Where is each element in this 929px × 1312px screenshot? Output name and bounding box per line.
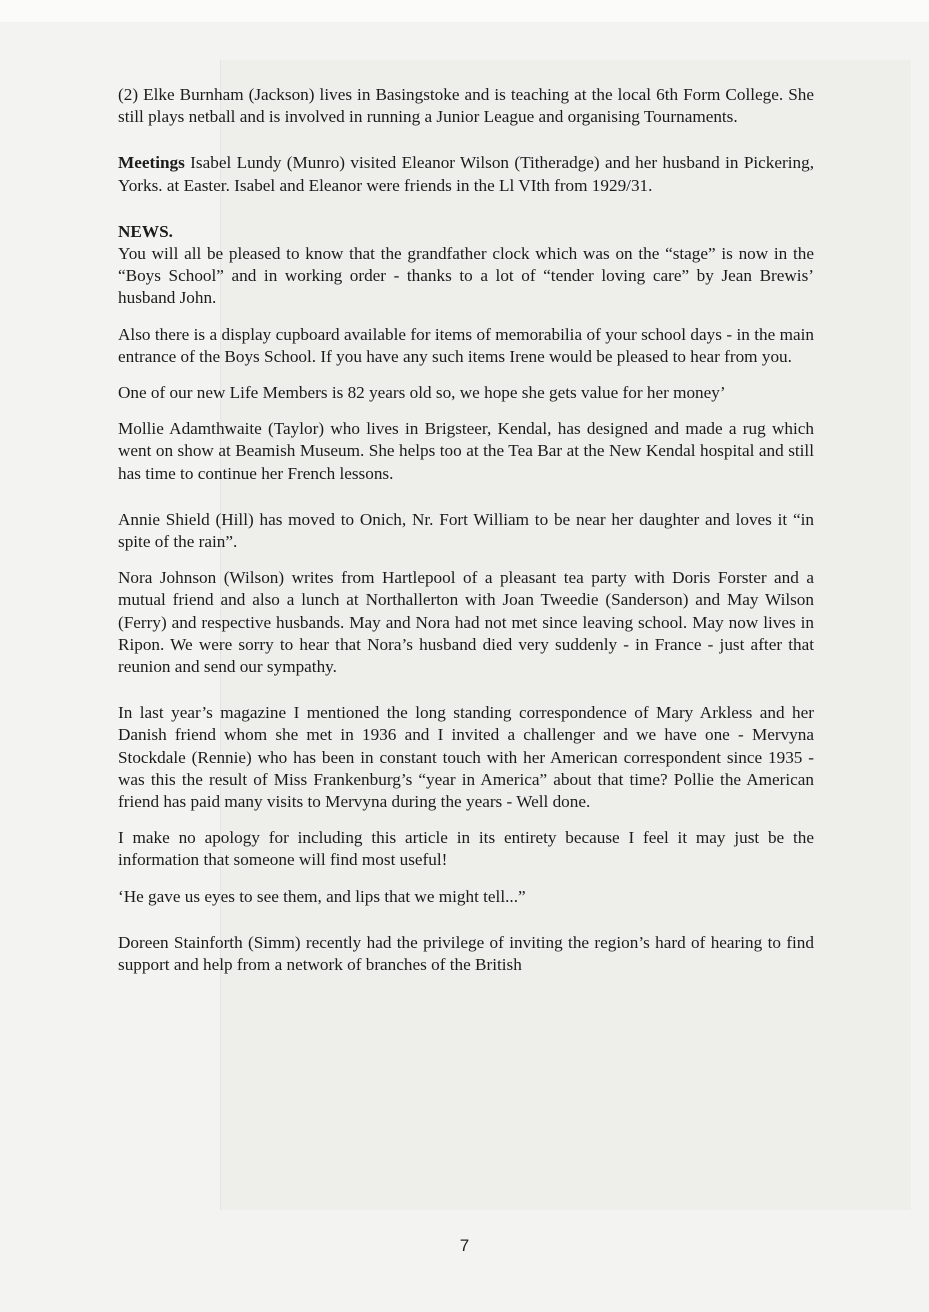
paragraph-elke-burnham: (2) Elke Burnham (Jackson) lives in Basi… (118, 84, 814, 128)
paragraph-no-apology: I make no apology for including this art… (118, 827, 814, 871)
meetings-label: Meetings (118, 153, 185, 172)
page-top-edge (0, 0, 929, 22)
meetings-text: Isabel Lundy (Munro) visited Eleanor Wil… (118, 153, 814, 194)
paragraph-mollie-adamthwaite: Mollie Adamthwaite (Taylor) who lives in… (118, 418, 814, 485)
paragraph-life-members: One of our new Life Members is 82 years … (118, 382, 814, 404)
paragraph-mary-arkless: In last year’s magazine I mentioned the … (118, 702, 814, 813)
paragraph-grandfather-clock: You will all be pleased to know that the… (118, 243, 814, 310)
paragraph-doreen-stainforth: Doreen Stainforth (Simm) recently had th… (118, 932, 814, 976)
quote-line: ‘He gave us eyes to see them, and lips t… (118, 886, 814, 908)
paragraph-display-cupboard: Also there is a display cupboard availab… (118, 324, 814, 368)
paragraph-meetings: Meetings Isabel Lundy (Munro) visited El… (118, 152, 814, 196)
paragraph-nora-johnson: Nora Johnson (Wilson) writes from Hartle… (118, 567, 814, 678)
news-heading: NEWS. (118, 221, 814, 243)
paragraph-annie-shield: Annie Shield (Hill) has moved to Onich, … (118, 509, 814, 553)
document-body: (2) Elke Burnham (Jackson) lives in Basi… (118, 84, 814, 996)
page-number: 7 (0, 1236, 929, 1256)
